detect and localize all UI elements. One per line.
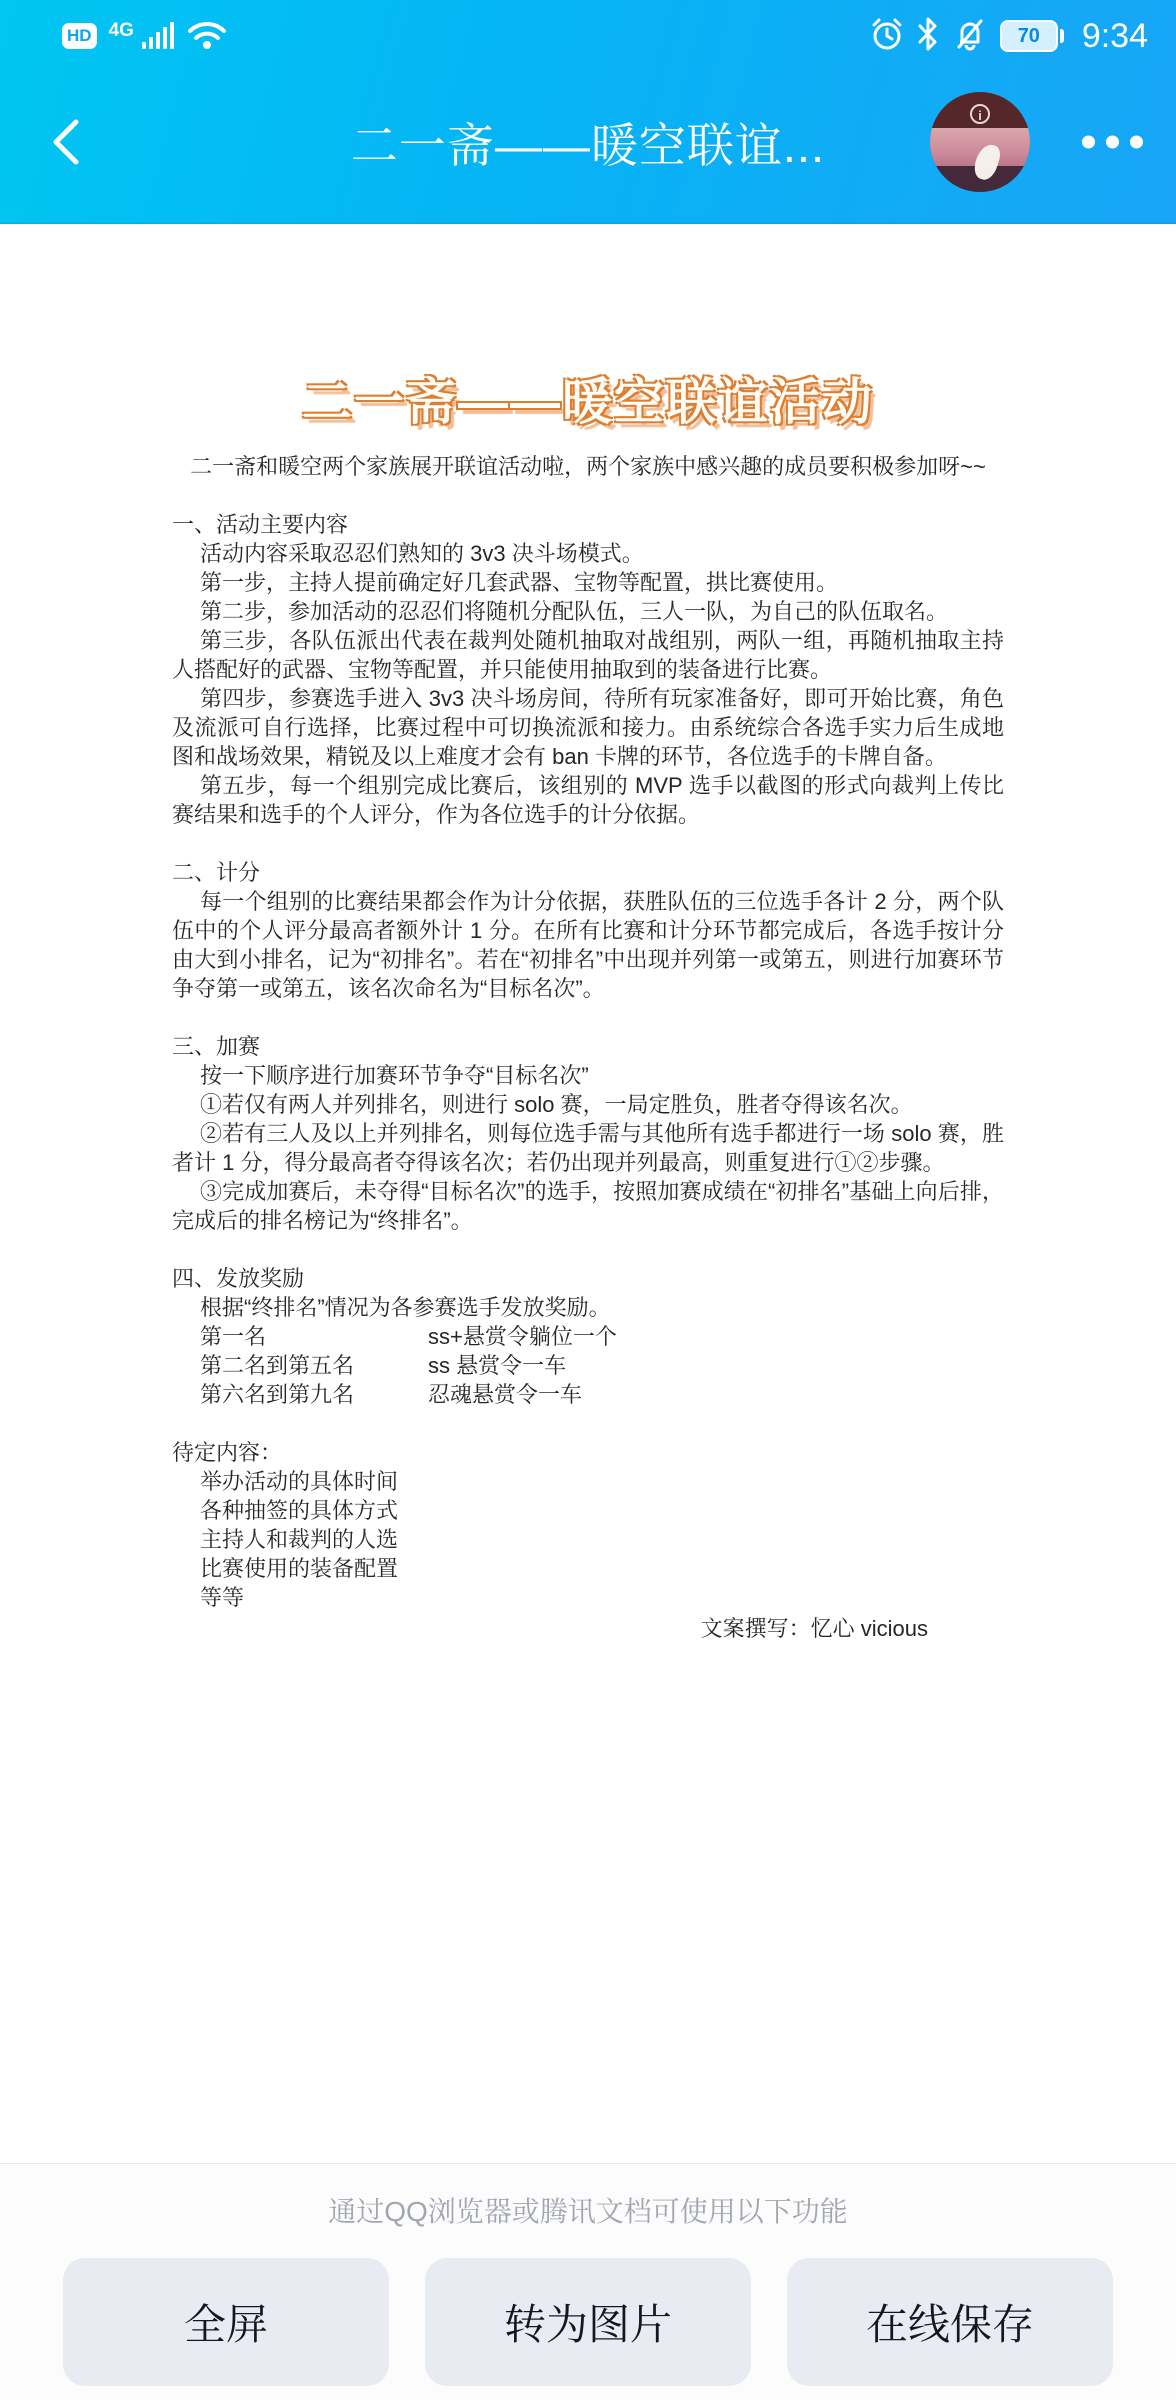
section-heading: 一、活动主要内容 — [172, 510, 1004, 539]
dot-icon — [1130, 136, 1143, 149]
bluetooth-icon — [916, 16, 940, 57]
pending-item: 各种抽签的具体方式 — [172, 1496, 1004, 1525]
section-heading: 三、加赛 — [172, 1032, 1004, 1061]
footer-buttons-row: 全屏 转为图片 在线保存 — [0, 2258, 1176, 2386]
battery-icon: 70 — [1000, 20, 1058, 52]
reward-row: 第六名到第九名忍魂悬赏令一车 — [172, 1380, 1004, 1409]
document-title: 二一斋——暖空联谊活动 — [172, 372, 1004, 432]
document-intro: 二一斋和暖空两个家族展开联谊活动啦，两个家族中感兴趣的成员要积极参加呀~~ — [172, 452, 1004, 481]
reward-prize: ss+悬赏令躺位一个 — [428, 1322, 617, 1351]
status-right-cluster: 70 9:34 — [870, 16, 1148, 57]
pending-item: 主持人和裁判的人选 — [172, 1525, 1004, 1554]
reward-prize: 忍魂悬赏令一车 — [428, 1380, 582, 1409]
doc-paragraph: ②若有三人及以上并列排名，则每位选手需与其他所有选手都进行一场 solo 赛，胜… — [172, 1119, 1004, 1177]
dot-icon — [1082, 136, 1095, 149]
section-heading: 待定内容： — [172, 1438, 1004, 1467]
hd-volte-icon: HD — [62, 23, 97, 49]
doc-paragraph: 第三步，各队伍派出代表在裁判处随机抽取对战组别，两队一组，再随机抽取主持人搭配好… — [172, 626, 1004, 684]
doc-section: 四、发放奖励根据“终排名”情况为各参赛选手发放奖励。第一名ss+悬赏令躺位一个第… — [172, 1264, 1004, 1409]
document-page: 二一斋——暖空联谊活动 二一斋和暖空两个家族展开联谊活动啦，两个家族中感兴趣的成… — [172, 372, 1004, 1643]
bottom-action-panel: 通过QQ浏览器或腾讯文档可使用以下功能 全屏 转为图片 在线保存 — [0, 2163, 1176, 2400]
reward-prize: ss 悬赏令一车 — [428, 1351, 566, 1380]
clock-time: 9:34 — [1082, 17, 1148, 56]
doc-paragraph: 每一个组别的比赛结果都会作为计分依据，获胜队伍的三位选手各计 2 分，两个队伍中… — [172, 887, 1004, 1003]
status-bar: HD 4G — [0, 0, 1176, 62]
doc-paragraph: 第五步，每一个组别完成比赛后，该组别的 MVP 选手以截图的形式向裁判上传比赛结… — [172, 771, 1004, 829]
wifi-icon — [186, 17, 228, 56]
doc-paragraph: 活动内容采取忍忍们熟知的 3v3 决斗场模式。 — [172, 539, 1004, 568]
section-heading: 四、发放奖励 — [172, 1264, 1004, 1293]
mute-bell-icon — [952, 16, 988, 57]
pending-item: 比赛使用的装备配置 — [172, 1554, 1004, 1583]
status-left-cluster: HD 4G — [62, 17, 228, 56]
fullscreen-button[interactable]: 全屏 — [63, 2258, 389, 2386]
section-heading: 二、计分 — [172, 858, 1004, 887]
top-app-bar: HD 4G — [0, 0, 1176, 224]
convert-to-image-button[interactable]: 转为图片 — [425, 2258, 751, 2386]
save-online-button[interactable]: 在线保存 — [787, 2258, 1113, 2386]
doc-section: 一、活动主要内容活动内容采取忍忍们熟知的 3v3 决斗场模式。第一步，主持人提前… — [172, 510, 1004, 829]
doc-paragraph: 按一下顺序进行加赛环节争夺“目标名次” — [172, 1061, 1004, 1090]
pending-item: 举办活动的具体时间 — [172, 1467, 1004, 1496]
doc-section: 二、计分每一个组别的比赛结果都会作为计分依据，获胜队伍的三位选手各计 2 分，两… — [172, 858, 1004, 1003]
network-type-label: 4G — [109, 20, 134, 42]
doc-paragraph: 第一步，主持人提前确定好几套武器、宝物等配置，拱比赛使用。 — [172, 568, 1004, 597]
reward-row: 第二名到第五名ss 悬赏令一车 — [172, 1351, 1004, 1380]
pending-item: 等等 — [172, 1583, 1004, 1612]
navigation-bar: 二一斋——暖空联谊... i — [0, 62, 1176, 222]
avatar-emblem: i — [970, 104, 990, 124]
battery-level: 70 — [1018, 25, 1040, 48]
footer-hint-text: 通过QQ浏览器或腾讯文档可使用以下功能 — [0, 2190, 1176, 2230]
alarm-icon — [870, 17, 904, 56]
reward-row: 第一名ss+悬赏令躺位一个 — [172, 1322, 1004, 1351]
document-viewer: 二一斋——暖空联谊活动 二一斋和暖空两个家族展开联谊活动啦，两个家族中感兴趣的成… — [0, 224, 1176, 2163]
doc-section: 待定内容：举办活动的具体时间各种抽签的具体方式主持人和裁判的人选比赛使用的装备配… — [172, 1438, 1004, 1612]
reward-rank: 第六名到第九名 — [200, 1380, 428, 1409]
doc-paragraph: 第二步，参加活动的忍忍们将随机分配队伍，三人一队，为自己的队伍取名。 — [172, 597, 1004, 626]
doc-section: 三、加赛按一下顺序进行加赛环节争夺“目标名次”①若仅有两人并列排名，则进行 so… — [172, 1032, 1004, 1235]
doc-paragraph: 根据“终排名”情况为各参赛选手发放奖励。 — [172, 1293, 1004, 1322]
doc-sections: 一、活动主要内容活动内容采取忍忍们熟知的 3v3 决斗场模式。第一步，主持人提前… — [172, 510, 1004, 1612]
reward-rank: 第二名到第五名 — [200, 1351, 428, 1380]
doc-paragraph: ③完成加赛后，未夺得“目标名次”的选手，按照加赛成绩在“初排名”基础上向后排，完… — [172, 1177, 1004, 1235]
more-menu-button[interactable] — [1072, 136, 1152, 149]
doc-paragraph: ①若仅有两人并列排名，则进行 solo 赛，一局定胜负，胜者夺得该名次。 — [172, 1090, 1004, 1119]
doc-paragraph: 第四步，参赛选手进入 3v3 决斗场房间，待所有玩家准备好，即可开始比赛，角色及… — [172, 684, 1004, 771]
reward-rank: 第一名 — [200, 1322, 428, 1351]
battery-nub — [1060, 29, 1064, 43]
back-button[interactable] — [40, 112, 92, 172]
dot-icon — [1106, 136, 1119, 149]
signal-strength-icon — [142, 23, 174, 49]
document-credit: 文案撰写：忆心 vicious — [172, 1614, 1004, 1643]
avatar[interactable]: i — [930, 92, 1030, 192]
